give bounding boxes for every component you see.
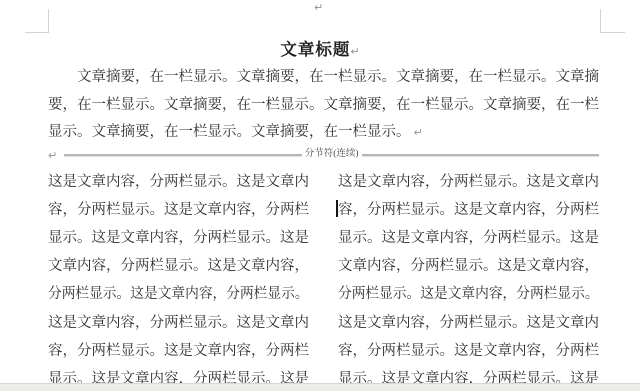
text-line: 文章内容，分两栏显示。这是文章内容，: [48, 251, 309, 279]
section-break-marker: ↵ 分节符(连续): [48, 147, 599, 163]
text-line: 文章摘要，在一栏显示。文章摘要，在一栏显示。文章摘要，在一栏显示。文章摘: [48, 61, 599, 90]
word-document-page: ↵ 文章标题↵ 文章摘要，在一栏显示。文章摘要，在一栏显示。文章摘要，在一栏显示…: [0, 0, 640, 391]
abstract-paragraph[interactable]: 文章摘要，在一栏显示。文章摘要，在一栏显示。文章摘要，在一栏显示。文章摘要，在一…: [48, 61, 599, 147]
section-break-rule-right: [362, 154, 599, 157]
paragraph-mark: ↵: [314, 2, 323, 13]
body-column-right[interactable]: 这是文章内容，分两栏显示。这是文章内容，分两栏显示。这是文章内容，分两栏显示。这…: [338, 166, 599, 391]
body-column-left[interactable]: 这是文章内容，分两栏显示。这是文章内容，分两栏显示。这是文章内容，分两栏显示。这…: [48, 166, 309, 391]
text-cursor: [336, 200, 338, 217]
text-line: 分两栏显示。这是文章内容，分两栏显示。: [338, 279, 585, 307]
text-line: 分两栏显示。这是文章内容，分两栏显示。: [48, 279, 295, 307]
text-line: 容，分两栏显示。这是文章内容，分两栏: [48, 194, 309, 222]
document-title-text: 文章标题: [280, 40, 350, 59]
section-break-label: 分节符(连续): [302, 150, 362, 160]
text-line: 文章内容，分两栏显示。这是文章内容，: [338, 251, 599, 279]
text-line: 这是文章内容，分两栏显示。这是文章内: [48, 307, 309, 335]
text-line: 显示。这是文章内容，分两栏显示。这是: [48, 222, 309, 250]
text-line: 要，在一栏显示。文章摘要，在一栏显示。文章摘要，在一栏显示。文章摘要，在一栏: [48, 90, 599, 119]
paragraph-mark: ↵: [414, 126, 423, 139]
text-line: 容，分两栏显示。这是文章内容，分两栏: [338, 335, 599, 363]
text-line: 显示。文章摘要，在一栏显示。文章摘要，在一栏显示。↵: [48, 118, 599, 147]
text-line: 这是文章内容，分两栏显示。这是文章内: [48, 166, 309, 194]
bottom-edge-strip: [0, 383, 640, 391]
text-line: 显示。这是文章内容，分两栏显示。这是: [338, 222, 599, 250]
text-line: 容，分两栏显示。这是文章内容，分两栏: [338, 194, 599, 222]
two-column-body: 这是文章内容，分两栏显示。这是文章内容，分两栏显示。这是文章内容，分两栏显示。这…: [48, 166, 599, 391]
paragraph-mark: ↵: [350, 45, 359, 58]
document-title: 文章标题↵: [0, 36, 640, 60]
text-line: 容，分两栏显示。这是文章内容，分两栏: [48, 335, 309, 363]
section-break-rule-left: [64, 154, 301, 157]
text-line: 这是文章内容，分两栏显示。这是文章内: [338, 166, 599, 194]
paragraph-mark: ↵: [48, 150, 57, 161]
text-line: 这是文章内容，分两栏显示。这是文章内: [338, 307, 599, 335]
